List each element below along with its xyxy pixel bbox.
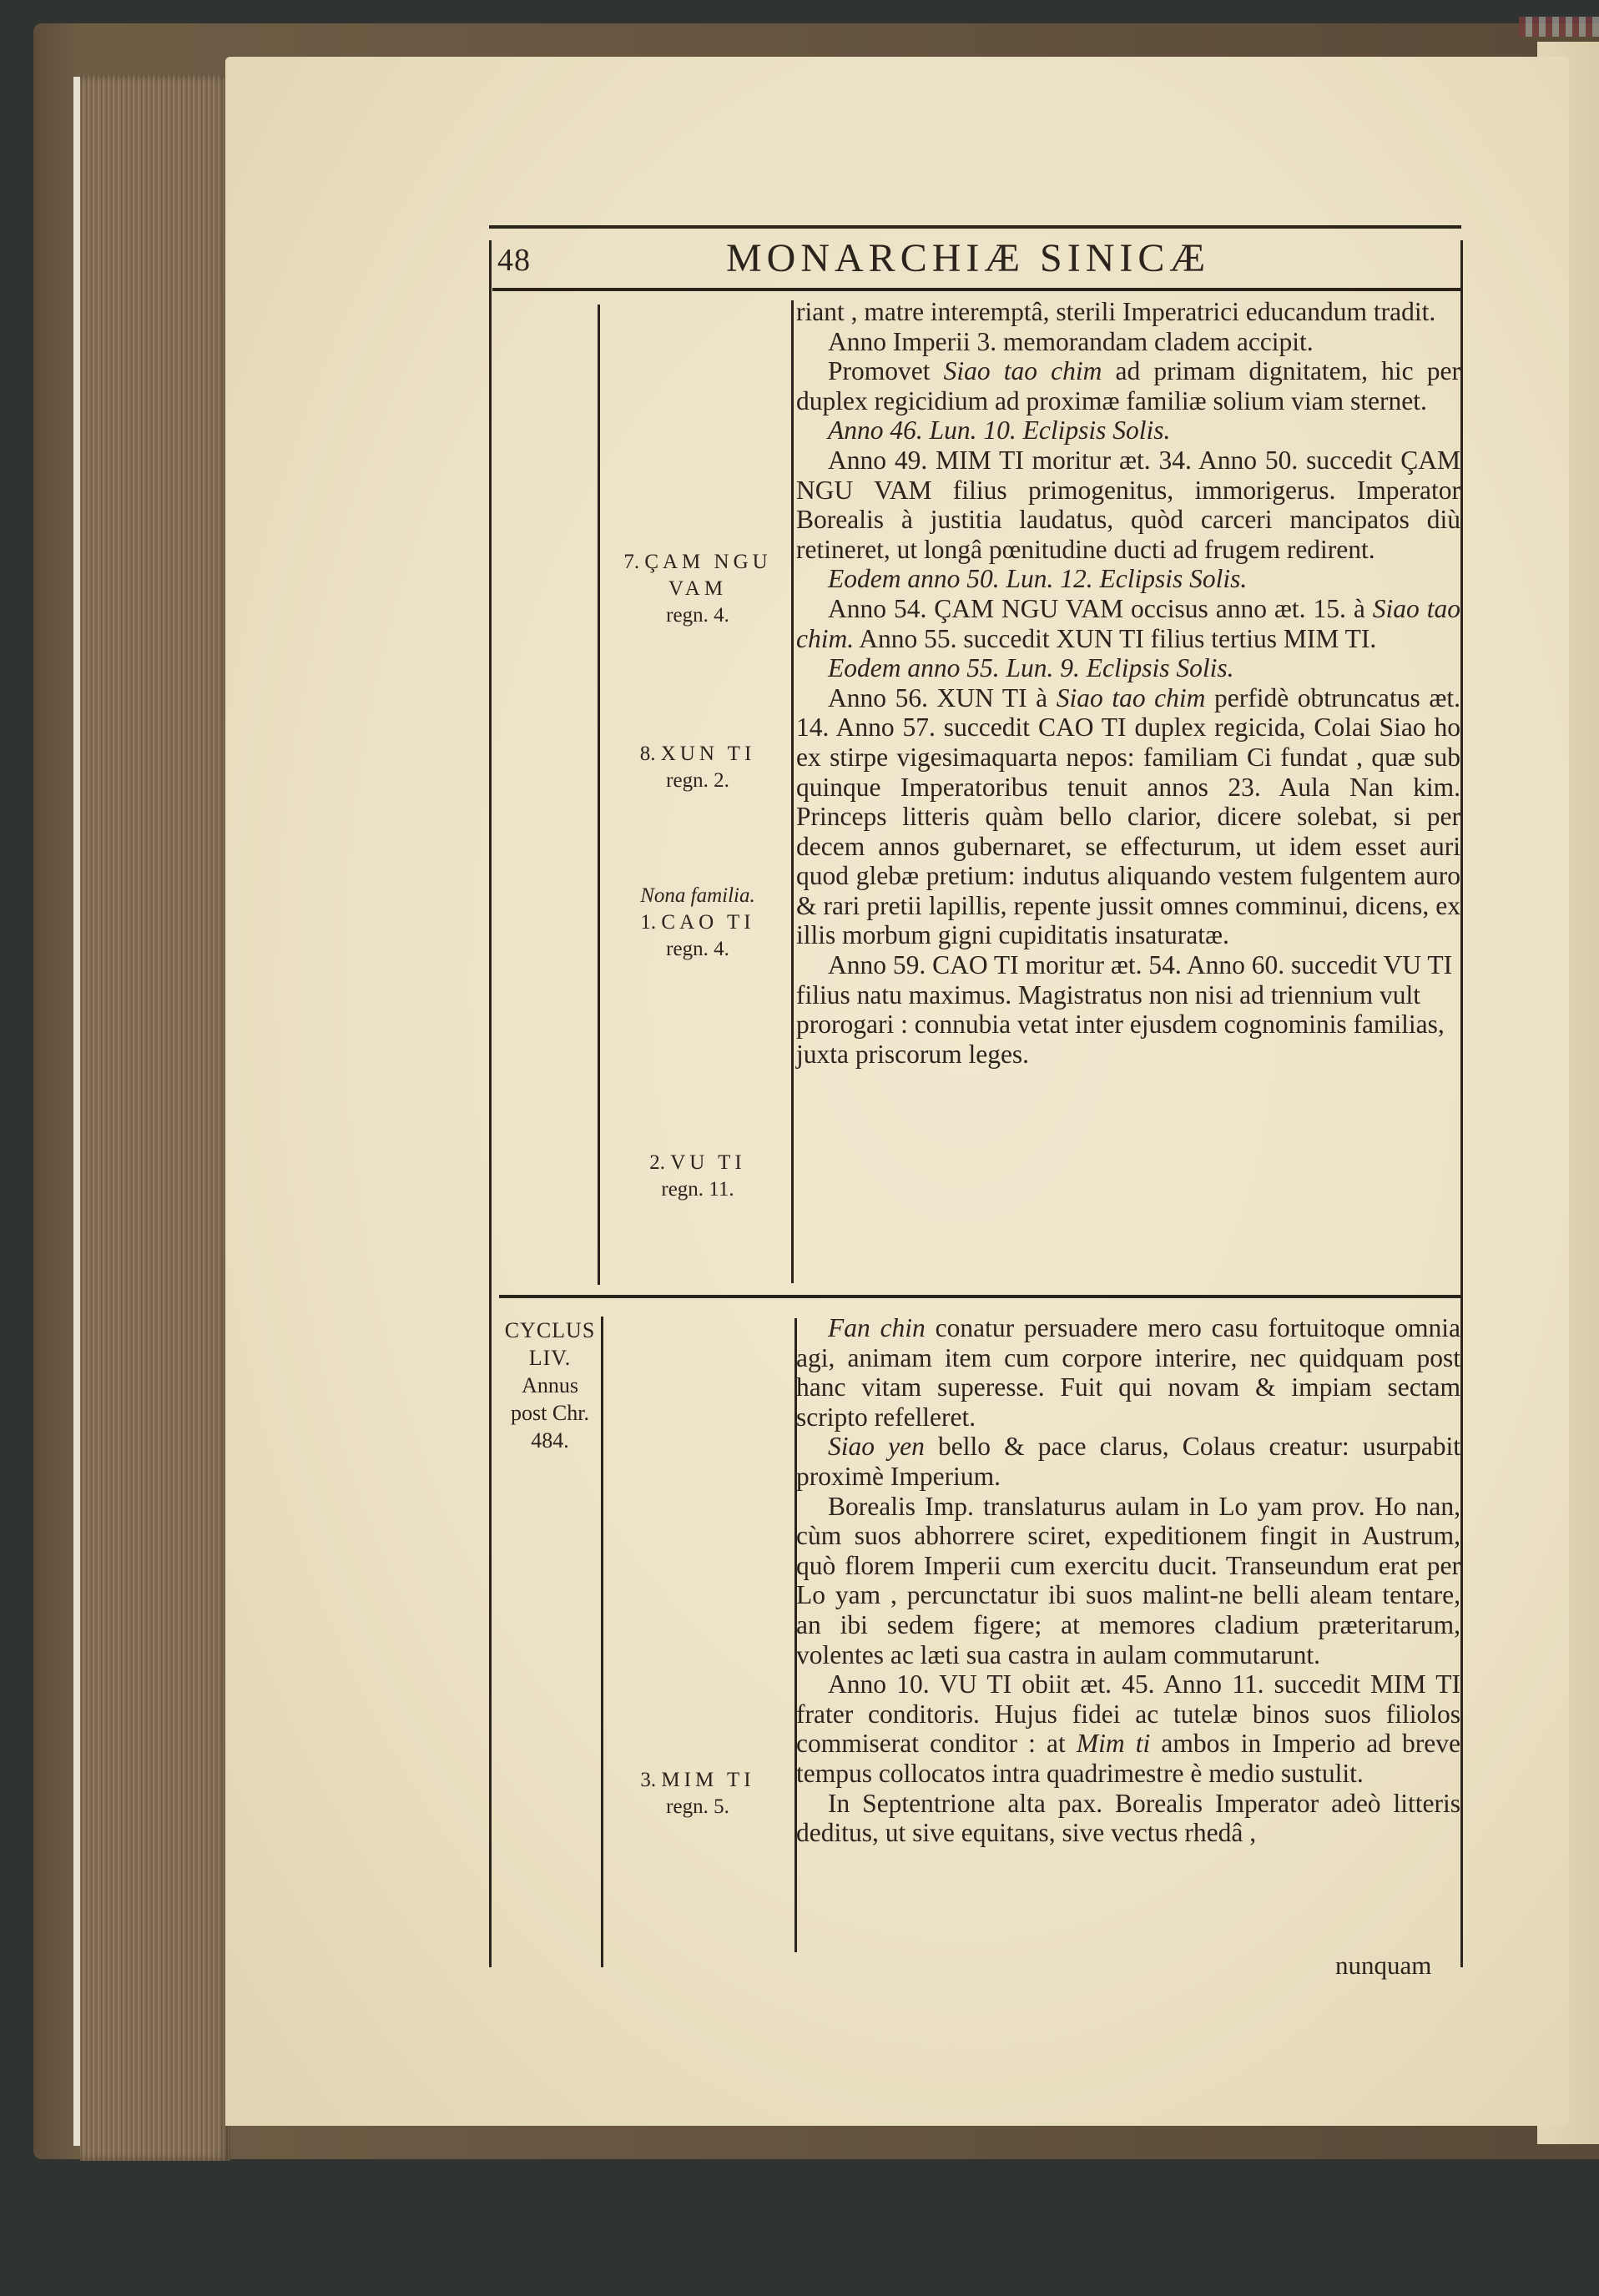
- paragraph: Anno 10. VU TI obiit æt. 45. Anno 11. su…: [796, 1669, 1460, 1788]
- paragraph: Promovet Siao tao chim ad primam dignita…: [796, 356, 1460, 415]
- reign-number: 8.: [640, 743, 656, 765]
- paragraph: Anno 56. XUN TI à Siao tao chim perfidè …: [796, 683, 1460, 950]
- right-frame-rule: [1460, 240, 1463, 1967]
- page-number: 48: [497, 242, 531, 279]
- reign-entry-nona-2: 2. VU TI regn. 11.: [603, 1150, 793, 1203]
- headband: [1519, 17, 1599, 37]
- text-column-2: Fan chin conatur persuadere mero casu fo…: [796, 1313, 1460, 1848]
- emperor-name: XUN TI: [661, 743, 756, 765]
- text-column-1: riant , matre interemptâ, sterili Impera…: [796, 297, 1460, 1069]
- reign-number: 7.: [623, 551, 639, 573]
- running-head: MONARCHIÆ SINICÆ: [726, 235, 1210, 281]
- catchword: nunquam: [1335, 1951, 1431, 1981]
- reign-entry-3: 3. MIM TI regn. 5.: [603, 1767, 793, 1820]
- eclipse-note: Eodem anno 55. Lun. 9. Eclipsis Solis.: [796, 653, 1460, 683]
- section-divider: [499, 1295, 1460, 1298]
- reign-length: regn. 11.: [603, 1176, 793, 1203]
- emperor-name: ÇAM NGU: [644, 551, 771, 573]
- emperor-name: CAO TI: [661, 911, 754, 934]
- paragraph: Anno 49. MIM TI moritur æt. 34. Anno 50.…: [796, 446, 1460, 564]
- paragraph: Fan chin conatur persuadere mero casu fo…: [796, 1313, 1460, 1432]
- reign-number: 1.: [640, 911, 656, 934]
- paragraph: In Septentrione alta pax. Borealis Imper…: [796, 1789, 1460, 1848]
- eclipse-note: Anno 46. Lun. 10. Eclipsis Solis.: [796, 415, 1460, 446]
- left-frame-rule: [489, 240, 492, 1967]
- header-rule: [492, 288, 1460, 291]
- emperor-name-cont: VAM: [603, 576, 793, 602]
- sidebar-rule-1: [598, 305, 600, 1285]
- family-label: Nona familia.: [603, 883, 793, 909]
- top-rule: [489, 225, 1461, 229]
- paragraph: riant , matre interemptâ, sterili Impera…: [796, 297, 1460, 327]
- sidebar-rule-2: [601, 1317, 603, 1967]
- paragraph: Anno Imperii 3. memorandam cladem accipi…: [796, 327, 1460, 357]
- reign-number: 3.: [640, 1769, 656, 1791]
- reign-number: 2.: [649, 1151, 665, 1174]
- paragraph: Borealis Imp. translaturus aulam in Lo y…: [796, 1492, 1460, 1670]
- paragraph: Anno 59. CAO TI moritur æt. 54. Anno 60.…: [796, 950, 1460, 1069]
- eclipse-note: Eodem anno 50. Lun. 12. Eclipsis Solis.: [796, 564, 1460, 594]
- reign-length: regn. 5.: [603, 1794, 793, 1820]
- reign-length: regn. 4.: [603, 936, 793, 963]
- reign-entry-7: 7. ÇAM NGU VAM regn. 4.: [603, 549, 793, 629]
- emperor-name: VU TI: [670, 1151, 746, 1174]
- emperor-name: MIM TI: [661, 1769, 754, 1791]
- reign-length: regn. 4.: [603, 602, 793, 629]
- paragraph: Anno 54. ÇAM NGU VAM occisus anno æt. 15…: [796, 594, 1460, 653]
- page-block-edge: [80, 75, 230, 2161]
- paragraph: Siao yen bello & pace clarus, Colaus cre…: [796, 1432, 1460, 1491]
- reign-entry-8: 8. XUN TI regn. 2.: [603, 741, 793, 794]
- cycle-note: CYCLUS LIV. Annus post Chr. 484.: [501, 1317, 599, 1454]
- reign-entry-nona-1: Nona familia. 1. CAO TI regn. 4.: [603, 883, 793, 963]
- reign-length: regn. 2.: [603, 768, 793, 794]
